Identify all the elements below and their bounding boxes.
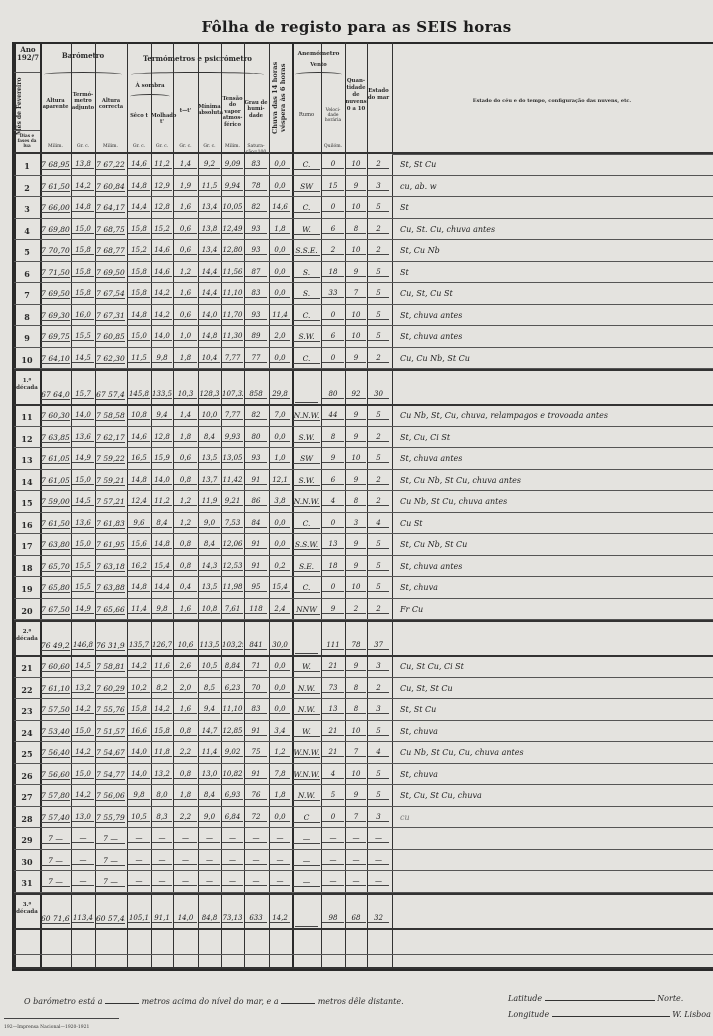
cell-term: 15,7 — [72, 390, 94, 399]
decade-summary-row — [14, 621, 713, 657]
cell-term: 14,9 — [72, 454, 94, 463]
year-label: Ano 192/7 — [16, 46, 40, 62]
cell-chuva: 12,1 — [270, 476, 290, 485]
sea-label: Estado do mar — [367, 88, 390, 102]
day-number: 2 — [13, 183, 41, 193]
rain-label: Chuva das 14 horas véspera às 6 horas — [271, 48, 289, 148]
cell-tens: 8,84 — [222, 662, 243, 671]
cell-chuva: 7,0 — [270, 411, 290, 420]
cell-vel: 21 — [322, 727, 344, 736]
cell-min: 14,4 — [199, 289, 220, 298]
cell-rumo: C. — [293, 160, 320, 170]
cell-nuv: — — [346, 834, 366, 843]
cell-min: 9,0 — [199, 813, 220, 822]
cell-vel: 0 — [322, 203, 344, 212]
cell-vel: 13 — [322, 705, 344, 714]
cell-min: 9,4 — [199, 705, 220, 714]
decade-summary-row — [14, 370, 713, 406]
longitude-field[interactable] — [552, 1008, 670, 1017]
cell-grau: 78 — [245, 182, 267, 191]
cell-chuva: — — [270, 856, 290, 865]
altitude-field[interactable] — [105, 995, 139, 1004]
sky-observation: St, chuva antes — [400, 311, 462, 320]
sky-observation: Cu, St, Cu St — [400, 289, 453, 298]
cell-seco: 15,8 — [128, 705, 150, 714]
clouds-label: Quan-tidade de nuvens 0 a 10 — [345, 78, 367, 113]
cell-vel: 80 — [322, 390, 344, 399]
cell-tdiff: 2,2 — [174, 748, 197, 757]
day-number: 6 — [13, 269, 41, 279]
latitude-field[interactable] — [545, 992, 655, 1001]
cell-vel: 6 — [322, 225, 344, 234]
cell-min: 9,2 — [199, 160, 220, 169]
cell-tens: — — [222, 834, 243, 843]
cell-tens: 7,77 — [222, 411, 243, 420]
cell-nuv: 10 — [346, 246, 366, 255]
day-number: 8 — [13, 312, 41, 322]
cell-molh: 91,1 — [152, 914, 172, 923]
cell-chuva: 1,0 — [270, 454, 290, 463]
cell-alt_cor: 7 61,83 — [96, 519, 125, 529]
cell-alt_cor: 7 55,76 — [96, 705, 125, 715]
decade-label: 3.ª década — [13, 902, 41, 916]
cell-tens: 107,32 — [222, 390, 243, 399]
cell-molh: 8,4 — [152, 519, 172, 528]
cell-tdiff: 10,3 — [174, 390, 197, 399]
day-number: 23 — [13, 706, 41, 716]
cell-mar: 32 — [368, 914, 389, 923]
imprint: 192—Imprensa Nacional—1920-1921 — [4, 1025, 89, 1030]
cell-alt_cor: 7 62,17 — [96, 433, 125, 443]
blank-cell — [295, 643, 318, 654]
cell-tens: 12,85 — [222, 727, 243, 736]
cell-rumo: S. — [293, 289, 320, 299]
unit-vel: Quilóm. — [321, 144, 345, 150]
cell-molh: 11,2 — [152, 497, 172, 506]
thermometers-heading: Termómetros e psicrómetro — [127, 55, 268, 63]
cell-alt_cor: 7 57,21 — [96, 497, 125, 507]
cell-min: 14,8 — [199, 332, 220, 341]
row-rule — [14, 784, 713, 785]
cell-seco: 15,0 — [128, 332, 150, 341]
cell-term: 15,0 — [72, 727, 94, 736]
cell-alt_ap: 7 56,60 — [41, 770, 70, 780]
day-number: 20 — [13, 606, 41, 616]
longitude-suffix: W. Lisboa — [672, 1010, 711, 1019]
day-number: 28 — [13, 814, 41, 824]
cell-grau: 84 — [245, 519, 267, 528]
cell-tdiff: 1,9 — [174, 182, 197, 191]
cell-tens: 12,53 — [222, 562, 243, 571]
cell-vel: 98 — [322, 914, 344, 923]
unit-tens: Milim. — [221, 144, 244, 150]
cell-alt_cor: 7 59,21 — [96, 476, 125, 486]
cell-alt_ap: 7 65,80 — [41, 583, 70, 593]
cell-vel: — — [322, 877, 344, 886]
cell-alt_ap: 7 61,50 — [41, 182, 70, 192]
sky-observation: St, Cu Nb, St Cu, chuva antes — [400, 476, 521, 485]
cell-rumo: S.S.E. — [293, 246, 320, 256]
cell-molh: 9,8 — [152, 605, 172, 614]
cell-alt_ap: 7 63,80 — [41, 540, 70, 550]
cell-alt_cor: 7 60,84 — [96, 182, 125, 192]
row-rule — [14, 849, 713, 850]
cell-vel: 21 — [322, 662, 344, 671]
cell-vel: 6 — [322, 332, 344, 341]
cell-tdiff: 1,2 — [174, 519, 197, 528]
cell-alt_cor: 7 — — [96, 856, 125, 866]
cell-min: 10,0 — [199, 411, 220, 420]
cell-chuva: 0,0 — [270, 268, 290, 277]
cell-nuv: 10 — [346, 160, 366, 169]
cell-seco: 15,8 — [128, 289, 150, 298]
cell-vel: 18 — [322, 562, 344, 571]
cell-tens: 12,80 — [222, 246, 243, 255]
row-rule — [14, 598, 713, 599]
cell-alt_ap: 7 67,50 — [41, 605, 70, 615]
cell-seco: 14,6 — [128, 433, 150, 442]
distance-field[interactable] — [281, 995, 315, 1004]
cell-alt_cor: 7 58,81 — [96, 662, 125, 672]
cell-rumo: — — [293, 856, 320, 866]
cell-seco: 11,4 — [128, 605, 150, 614]
cell-chuva: 0,0 — [270, 540, 290, 549]
row-rule — [14, 469, 713, 470]
cell-alt_ap: 7 — — [41, 877, 70, 887]
cell-mar: 5 — [368, 562, 389, 571]
cell-chuva: 14,6 — [270, 203, 290, 212]
cell-grau: 91 — [245, 476, 267, 485]
cell-seco: 16,6 — [128, 727, 150, 736]
cell-min: 14,3 — [199, 562, 220, 571]
altura-aparente-label: Altura aparente — [41, 98, 70, 111]
barometer-note-part2: metros acima do nível do mar, e a — [142, 997, 279, 1006]
cell-rumo: S.W. — [293, 433, 320, 443]
row-rule — [14, 698, 713, 699]
cell-alt_cor: 7 62,30 — [96, 354, 125, 364]
cell-seco: 14,0 — [128, 770, 150, 779]
cell-tdiff: 0,8 — [174, 562, 197, 571]
row-rule — [14, 196, 713, 197]
cell-alt_ap: 76 49,25 — [41, 641, 70, 651]
cell-term: 13,6 — [72, 519, 94, 528]
cell-seco: 15,6 — [128, 540, 150, 549]
latitude-label: Latitude — [508, 994, 542, 1003]
cell-mar: 3 — [368, 182, 389, 191]
cell-min: 8,4 — [199, 540, 220, 549]
cell-molh: 12,9 — [152, 182, 172, 191]
cell-rumo: N.W. — [293, 705, 320, 715]
cell-term: 14,2 — [72, 182, 94, 191]
cell-seco: 10,5 — [128, 813, 150, 822]
cell-alt_cor: 7 69,50 — [96, 268, 125, 278]
day-number: 22 — [13, 685, 41, 695]
cell-grau: 72 — [245, 813, 267, 822]
cell-chuva: 2,4 — [270, 605, 290, 614]
cell-rumo: S. — [293, 268, 320, 278]
decade-rule-top — [14, 620, 713, 622]
cell-tens: 12,06 — [222, 540, 243, 549]
cell-chuva: 0,0 — [270, 705, 290, 714]
cell-alt_ap: 60 71,60 — [41, 914, 70, 924]
cell-term: 15,8 — [72, 246, 94, 255]
latitude-line: Latitude Norte. — [508, 992, 683, 1003]
cell-tdiff: 1,6 — [174, 289, 197, 298]
cell-rumo: S.W. — [293, 476, 320, 486]
cell-molh: 8,2 — [152, 684, 172, 693]
cell-alt_ap: 7 57,80 — [41, 791, 70, 801]
cell-min: 10,8 — [199, 605, 220, 614]
cell-min: 9,0 — [199, 519, 220, 528]
cell-mar: 2 — [368, 354, 389, 363]
cell-nuv: 9 — [346, 540, 366, 549]
cell-mar: 5 — [368, 268, 389, 277]
decade-summary-row — [14, 894, 713, 930]
cell-nuv: 9 — [346, 411, 366, 420]
cell-grau: 93 — [245, 225, 267, 234]
cell-mar: 4 — [368, 519, 389, 528]
unit-alt_ap: Milim. — [40, 144, 71, 150]
anemometer-heading: Anemómetro — [292, 50, 345, 58]
cell-alt_ap: 7 53,40 — [41, 727, 70, 737]
sky-observation: Cu, St, St Cu — [400, 684, 453, 693]
cell-vel: 4 — [322, 770, 344, 779]
unit-molh: Gr. c. — [151, 144, 173, 150]
cell-mar: 3 — [368, 662, 389, 671]
cell-mar: 5 — [368, 770, 389, 779]
cell-alt_cor: 7 55,79 — [96, 813, 125, 823]
cell-alt_cor: 7 61,95 — [96, 540, 125, 550]
row-rule — [14, 870, 713, 871]
cell-tdiff: 1,8 — [174, 354, 197, 363]
cell-nuv: — — [346, 877, 366, 886]
cell-seco: 9,8 — [128, 791, 150, 800]
cell-term: 14,5 — [72, 662, 94, 671]
barometer-note-part1: O barómetro está a — [24, 997, 103, 1006]
cell-vel: 0 — [322, 354, 344, 363]
cell-vel: 18 — [322, 268, 344, 277]
cell-alt_ap: 7 69,75 — [41, 332, 70, 342]
cell-molh: 15,4 — [152, 562, 172, 571]
cell-rumo: C. — [293, 354, 320, 364]
cell-rumo: C. — [293, 583, 320, 593]
row-rule — [14, 763, 713, 764]
termometro-adjunto-label: Termó-metro adjunto — [71, 92, 95, 111]
cell-molh: 11,6 — [152, 662, 172, 671]
cell-term: 14,8 — [72, 203, 94, 212]
cell-seco: 16,2 — [128, 562, 150, 571]
cell-tens: 9,93 — [222, 433, 243, 442]
cell-tens: 9,02 — [222, 748, 243, 757]
barometer-note-part3: metros dêle distante. — [318, 997, 404, 1006]
cell-chuva: 11,4 — [270, 311, 290, 320]
cell-grau: 82 — [245, 203, 267, 212]
cell-seco: 11,5 — [128, 354, 150, 363]
row-rule — [14, 555, 713, 556]
cell-chuva: 30,0 — [270, 641, 290, 650]
day-number: 4 — [13, 226, 41, 236]
day-number: 12 — [13, 434, 41, 444]
cell-tdiff: 1,2 — [174, 268, 197, 277]
cell-vel: 0 — [322, 813, 344, 822]
cell-nuv: 3 — [346, 519, 366, 528]
cell-seco: 10,8 — [128, 411, 150, 420]
cell-mar: 5 — [368, 411, 389, 420]
cell-nuv: 10 — [346, 727, 366, 736]
cell-tens: 9,94 — [222, 182, 243, 191]
day-number: 1 — [13, 161, 41, 171]
day-number: 24 — [13, 728, 41, 738]
cell-vel: 33 — [322, 289, 344, 298]
cell-term: 15,5 — [72, 562, 94, 571]
cell-nuv: 10 — [346, 583, 366, 592]
cell-alt_cor: 7 67,54 — [96, 289, 125, 299]
cell-alt_cor: 7 63,88 — [96, 583, 125, 593]
cell-nuv: 7 — [346, 289, 366, 298]
cell-mar: 2 — [368, 225, 389, 234]
wind-brace — [295, 72, 342, 77]
cell-alt_cor: 7 58,58 — [96, 411, 125, 421]
cell-tdiff: 1,6 — [174, 705, 197, 714]
unit-term: Gr. c. — [71, 144, 95, 150]
cell-mar: 2 — [368, 497, 389, 506]
cell-seco: 9,6 — [128, 519, 150, 528]
cell-chuva: — — [270, 877, 290, 886]
shade-brace — [130, 94, 170, 99]
cell-alt_ap: 7 61,05 — [41, 476, 70, 486]
cell-tens: 6,23 — [222, 684, 243, 693]
cell-tens: 12,49 — [222, 225, 243, 234]
cell-grau: 83 — [245, 705, 267, 714]
cell-min: 8,4 — [199, 791, 220, 800]
cell-min: 10,4 — [199, 354, 220, 363]
cell-min: 113,5 — [199, 641, 220, 650]
cell-term: 14,0 — [72, 411, 94, 420]
cell-chuva: 0,0 — [270, 160, 290, 169]
cell-alt_cor: 7 60,29 — [96, 684, 125, 694]
cell-grau: 93 — [245, 311, 267, 320]
day-number: 7 — [13, 290, 41, 300]
day-number: 3 — [13, 204, 41, 214]
unit-seco: Gr. c. — [127, 144, 151, 150]
cell-alt_ap: 7 57,50 — [41, 705, 70, 715]
cell-seco: 15,8 — [128, 268, 150, 277]
cell-mar: 5 — [368, 540, 389, 549]
cell-term: 13,6 — [72, 433, 94, 442]
cell-molh: 14,0 — [152, 332, 172, 341]
cell-mar: — — [368, 834, 389, 843]
cell-alt_ap: 7 71,50 — [41, 268, 70, 278]
cell-min: 13,5 — [199, 454, 220, 463]
direction-label: Rumo — [292, 112, 321, 118]
cell-alt_ap: 7 60,60 — [41, 662, 70, 672]
cell-grau: — — [245, 877, 267, 886]
cell-min: 14,4 — [199, 268, 220, 277]
decade-rule-top — [14, 369, 713, 371]
cell-chuva: 1,8 — [270, 225, 290, 234]
cell-mar: 30 — [368, 390, 389, 399]
cell-vel: 21 — [322, 748, 344, 757]
cell-molh: — — [152, 834, 172, 843]
cell-nuv: 68 — [346, 914, 366, 923]
cell-alt_cor: 7 — — [96, 877, 125, 887]
cell-nuv: 10 — [346, 332, 366, 341]
row-rule — [14, 304, 713, 305]
label-seco: Sêco t — [127, 113, 151, 119]
cell-mar: 5 — [368, 203, 389, 212]
cell-nuv: 9 — [346, 562, 366, 571]
cell-molh: 14,4 — [152, 583, 172, 592]
day-number: 19 — [13, 584, 41, 594]
cell-nuv: 7 — [346, 748, 366, 757]
cell-nuv: 7 — [346, 813, 366, 822]
cell-seco: 15,2 — [128, 246, 150, 255]
cell-tens: 11,30 — [222, 332, 243, 341]
cell-term: 13,8 — [72, 160, 94, 169]
cell-alt_cor: 7 67,22 — [96, 160, 125, 170]
cell-tdiff: 1,4 — [174, 411, 197, 420]
cell-tdiff: 2,6 — [174, 662, 197, 671]
cell-alt_cor: 76 31,98 — [96, 641, 125, 651]
cell-min: — — [199, 877, 220, 886]
cell-rumo: S.E. — [293, 562, 320, 572]
cell-alt_cor: 7 51,57 — [96, 727, 125, 737]
cell-vel: — — [322, 834, 344, 843]
cell-seco: — — [128, 877, 150, 886]
row-rule — [14, 806, 713, 807]
cell-grau: — — [245, 856, 267, 865]
cell-molh: 13,2 — [152, 770, 172, 779]
cell-molh: — — [152, 856, 172, 865]
sky-observation: cu — [400, 813, 410, 822]
cell-molh: 15,8 — [152, 727, 172, 736]
cell-chuva: 3,4 — [270, 727, 290, 736]
sky-observation: St, chuva — [400, 727, 438, 736]
row-rule — [14, 261, 713, 262]
cell-tens: 11,10 — [222, 289, 243, 298]
cell-seco: 12,4 — [128, 497, 150, 506]
cell-min: 13,5 — [199, 583, 220, 592]
cell-mar: — — [368, 877, 389, 886]
sky-observation: Fr Cu — [400, 605, 423, 614]
cell-term: 14,5 — [72, 497, 94, 506]
sky-observation: Cu Nb, St Cu, Cu, chuva antes — [400, 748, 524, 757]
label-tdiff: t—t' — [173, 108, 198, 114]
cell-mar: 2 — [368, 684, 389, 693]
cell-chuva: 2,0 — [270, 332, 290, 341]
cell-alt_ap: 7 69,50 — [41, 289, 70, 299]
cell-tdiff: — — [174, 856, 197, 865]
cell-alt_cor: 7 60,85 — [96, 332, 125, 342]
cell-rumo: N.W. — [293, 791, 320, 801]
cell-chuva: 1,2 — [270, 748, 290, 757]
cell-tens: 11,98 — [222, 583, 243, 592]
cell-term: 15,5 — [72, 583, 94, 592]
cell-tdiff: 1,0 — [174, 332, 197, 341]
cell-molh: 11,2 — [152, 160, 172, 169]
cell-tdiff: 0,8 — [174, 540, 197, 549]
cell-vel: 2 — [322, 246, 344, 255]
cell-term: 15,0 — [72, 476, 94, 485]
cell-term: 15,0 — [72, 540, 94, 549]
unit-tdiff: Gr. c. — [173, 144, 198, 150]
barometer-brace — [44, 72, 122, 77]
cell-grau: 91 — [245, 770, 267, 779]
cell-chuva: 0,0 — [270, 246, 290, 255]
sky-observation: St, Cu Nb, St Cu — [400, 540, 467, 549]
label-molh: Molhado t' — [151, 113, 173, 126]
cell-term: 15,8 — [72, 268, 94, 277]
